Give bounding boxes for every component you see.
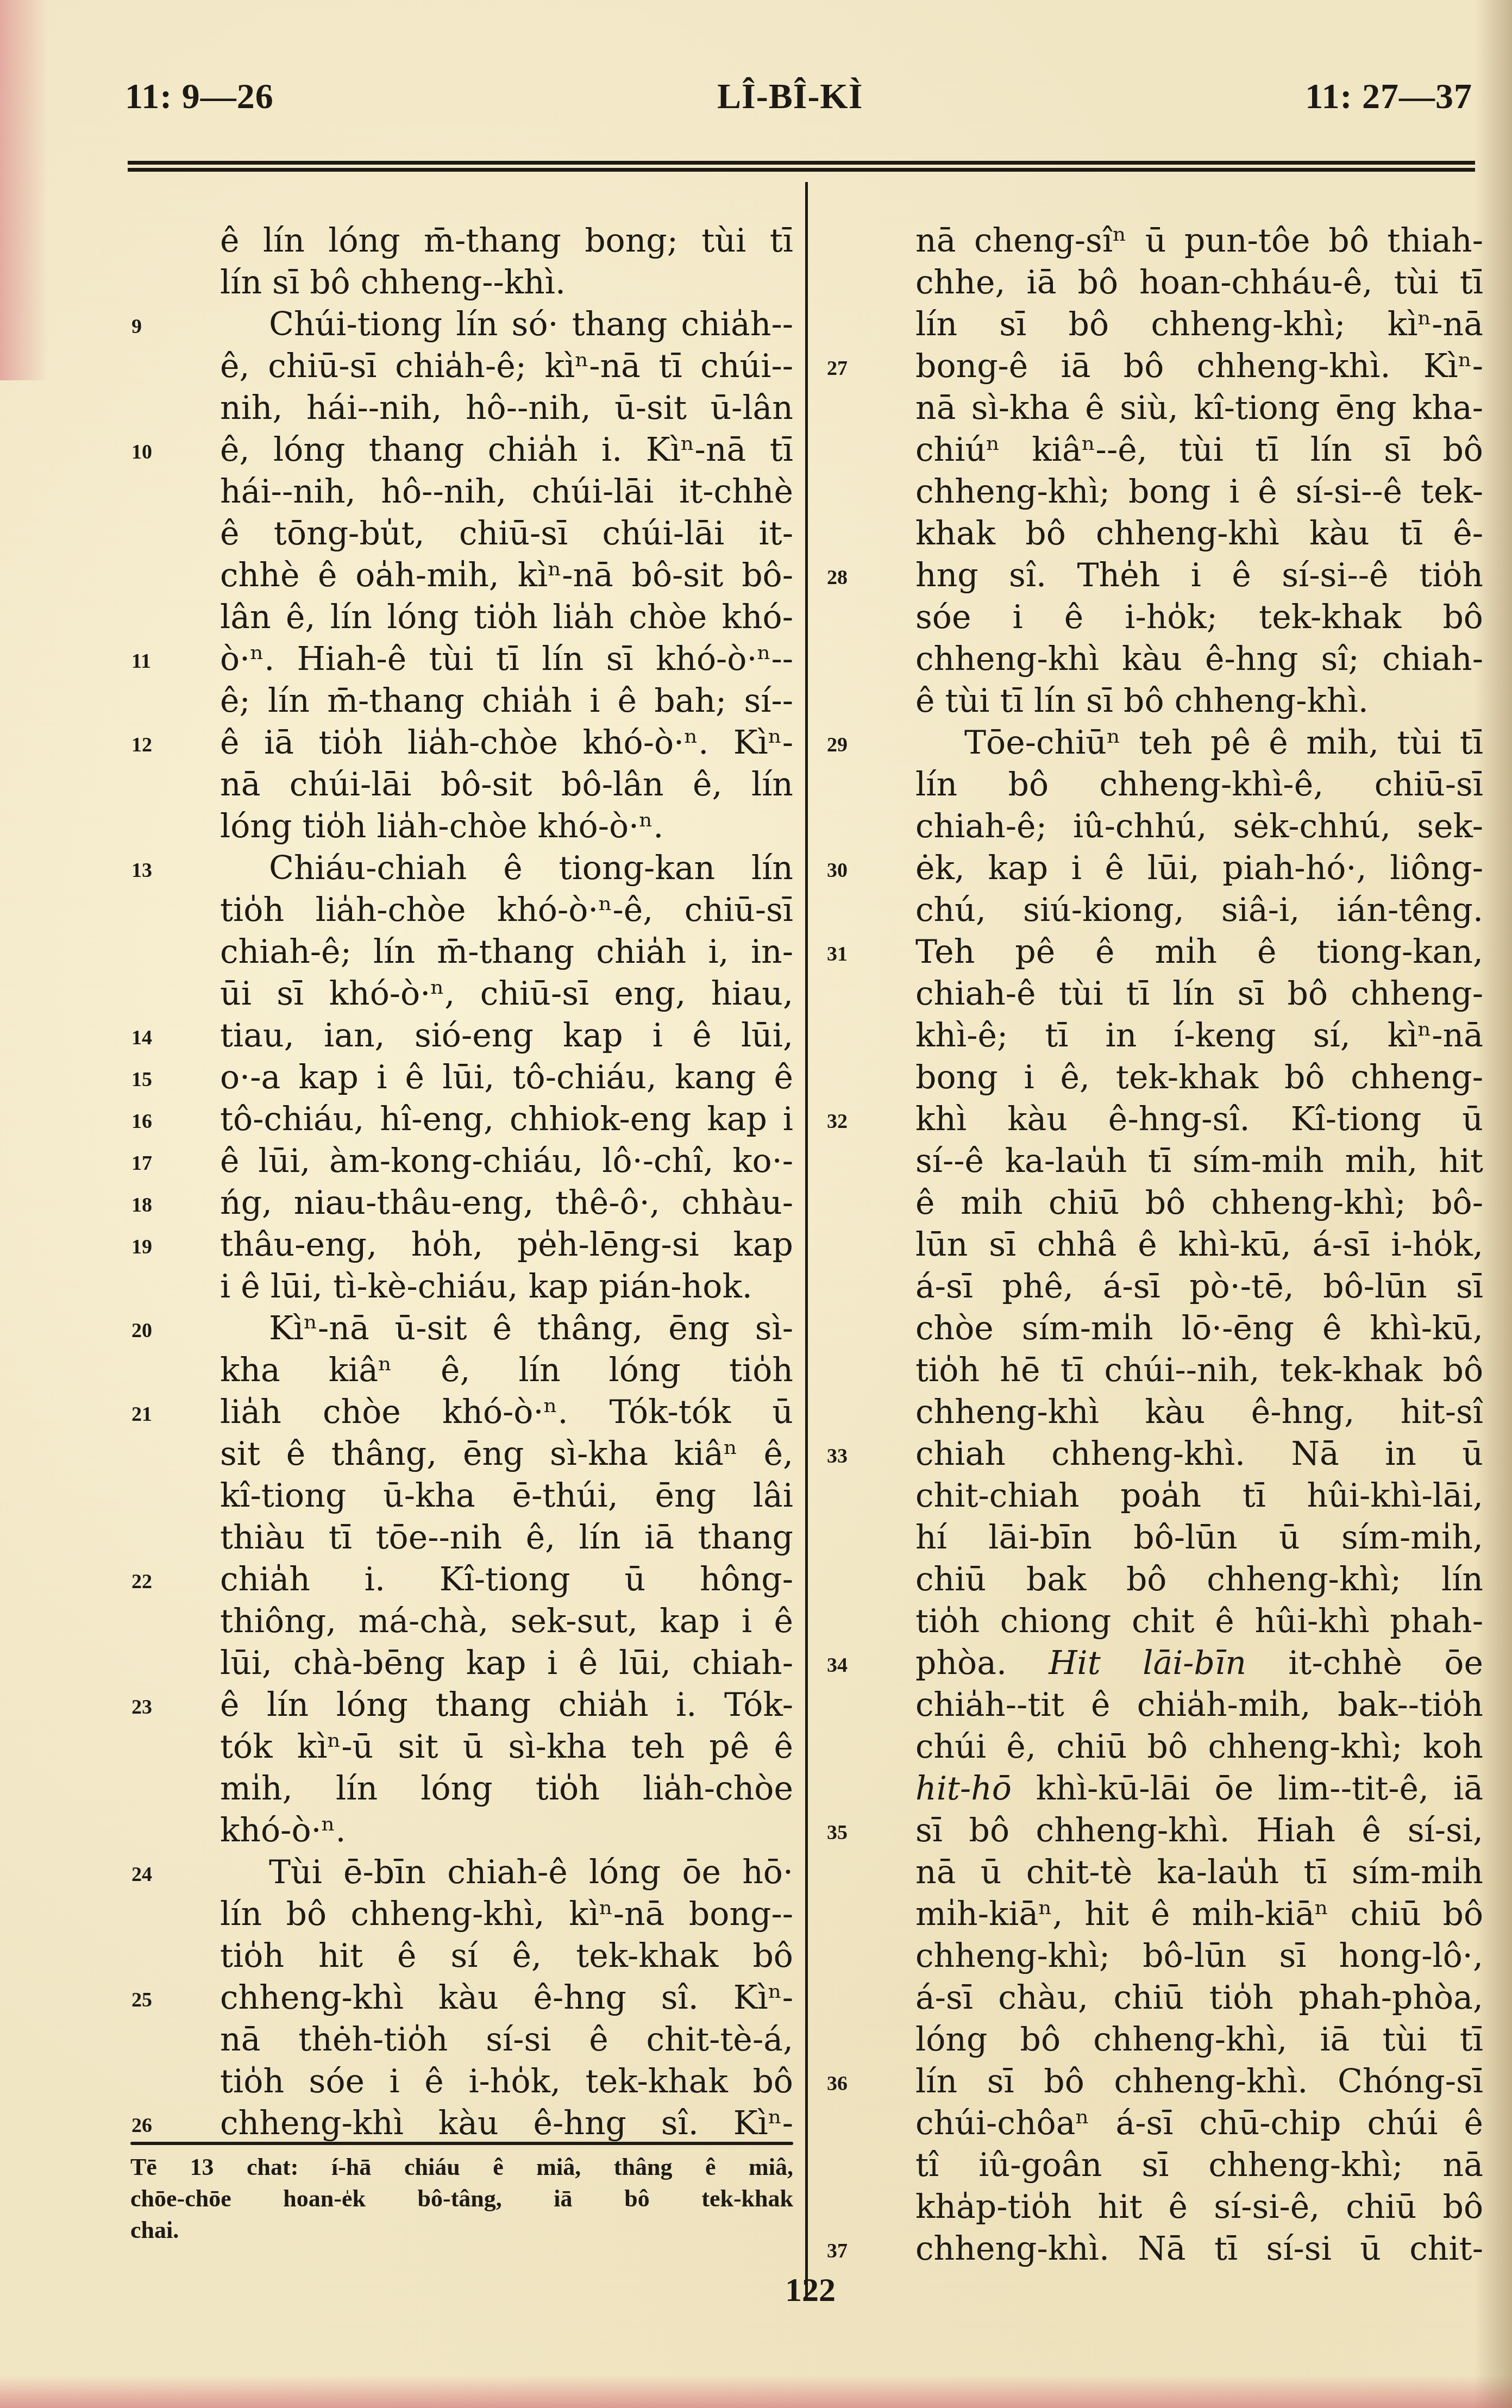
text-line: chheng-khì; bong i ê sí-si--ê tek- xyxy=(820,471,1483,513)
text-line: chiah-ê tùi tī lín sī bô chheng- xyxy=(820,973,1483,1015)
verse-text: ê iā tio̍h lia̍h-chòe khó-ò·ⁿ. Kìⁿ- xyxy=(125,722,793,764)
verse-text: lūn sī chhâ ê khì-kū, á-sī i-ho̍k, xyxy=(820,1224,1483,1266)
text-line: khì-ê; tī in í-keng sí, kìⁿ-nā xyxy=(820,1015,1483,1057)
text-line: á-sī chàu, chiū tio̍h phah-phòa, xyxy=(820,1977,1483,2019)
verse-text: tî iû-goân sī chheng-khì; nā xyxy=(820,2144,1483,2186)
text-line: chúi ê, chiū bô chheng-khì; koh xyxy=(820,1726,1483,1768)
verse-number: 11 xyxy=(131,641,151,682)
verse-text: mi̍h, lín lóng tio̍h lia̍h-chòe xyxy=(125,1768,793,1810)
text-line: 15o·-a kap i ê lūi, tô-chiáu, kang ê xyxy=(125,1057,793,1099)
text-line: 37chheng-khì. Nā tī sí-si ū chit- xyxy=(820,2228,1483,2270)
verse-text: nā thėh-tio̍h sí-si ê chit-tè-á, xyxy=(125,2019,793,2061)
text-line: ê; lín m̄-thang chia̍h i ê bah; sí-- xyxy=(125,680,793,722)
verse-text: lia̍h chòe khó-ò·ⁿ. Tók-tók ū xyxy=(125,1391,793,1433)
text-line: tio̍h chiong chit ê hûi-khì phah- xyxy=(820,1601,1483,1642)
verse-text: chúi-chôaⁿ á-sī chū-chip chúi ê xyxy=(820,2103,1483,2144)
verse-text: chheng-khì kàu ê-hng sî. Kìⁿ- xyxy=(125,1977,793,2019)
text-line: chiúⁿ kiâⁿ--ê, tùi tī lín sī bô xyxy=(820,429,1483,471)
page-edge-stain xyxy=(0,2375,1512,2408)
verse-number: 33 xyxy=(827,1435,848,1477)
verse-text: tô-chiáu, hî-eng, chhiok-eng kap i xyxy=(125,1099,793,1140)
text-line: lūn sī chhâ ê khì-kū, á-sī i-ho̍k, xyxy=(820,1224,1483,1266)
verse-number: 16 xyxy=(131,1101,152,1143)
text-line: lín sī bô chheng--khì. xyxy=(125,262,793,304)
text-line: 14tiau, ian, sió-eng kap i ê lūi, xyxy=(125,1015,793,1057)
text-line: tio̍h lia̍h-chòe khó-ò·ⁿ-ê, chiū-sī xyxy=(125,889,793,931)
footnote-line: Tē 13 chat: í-hā chiáu ê miâ, thâng ê mi… xyxy=(130,2152,793,2183)
book-title: LÎ-BÎ-KÌ xyxy=(717,76,863,117)
verse-text: chia̍h i. Kî-tiong ū hông- xyxy=(125,1559,793,1601)
text-line: chú, siú-kiong, siâ-i, ián-têng. xyxy=(820,889,1483,931)
text-line: 10ê, lóng thang chia̍h i. Kìⁿ-nā tī xyxy=(125,429,793,471)
text-line: chit-chiah poa̍h tī hûi-khì-lāi, xyxy=(820,1475,1483,1517)
verse-text: lân ê, lín lóng tio̍h lia̍h chòe khó- xyxy=(125,597,793,638)
verse-number: 24 xyxy=(131,1854,152,1896)
verse-text: chiah chheng-khì. Nā in ū xyxy=(820,1433,1483,1475)
verse-text: phòa. Hit lāi-bīn it-chhè ōe xyxy=(820,1642,1483,1684)
footnote-rule xyxy=(130,2142,793,2145)
verse-text: lín sī bô chheng--khì. xyxy=(125,262,793,304)
verse-number: 36 xyxy=(827,2063,848,2105)
left-text-column: ê lín lóng m̄-thang bong; tùi tīlín sī b… xyxy=(125,220,793,2144)
text-line: nā cheng-sîⁿ ū pun-tôe bô thiah- xyxy=(820,220,1483,262)
text-line: sóe i ê i-ho̍k; tek-khak bô xyxy=(820,597,1483,638)
verse-text: chheng-khì kàu ê-hng sî; chiah- xyxy=(820,638,1483,680)
text-line: 34phòa. Hit lāi-bīn it-chhè ōe xyxy=(820,1642,1483,1684)
text-line: lín bô chheng-khì-ê, chiū-sī xyxy=(820,764,1483,806)
verse-text: hit-hō khì-kū-lāi ōe lim--tit-ê, iā xyxy=(820,1768,1483,1810)
text-line: 27bong-ê iā bô chheng-khì. Kìⁿ- xyxy=(820,346,1483,387)
text-line: 22chia̍h i. Kî-tiong ū hông- xyxy=(125,1559,793,1601)
verse-text: khó-ò·ⁿ. xyxy=(125,1810,793,1852)
verse-text: chiū bak bô chheng-khì; lín xyxy=(820,1559,1483,1601)
verse-text: sóe i ê i-ho̍k; tek-khak bô xyxy=(820,597,1483,638)
text-line: 17ê lūi, àm-kong-chiáu, lô·-chî, ko·- xyxy=(125,1140,793,1182)
text-line: i ê lūi, tì-kè-chiáu, kap pián-hok. xyxy=(125,1266,793,1308)
text-line: 16tô-chiáu, hî-eng, chhiok-eng kap i xyxy=(125,1099,793,1140)
text-line: 12ê iā tio̍h lia̍h-chòe khó-ò·ⁿ. Kìⁿ- xyxy=(125,722,793,764)
verse-text: hng sî. The̍h i ê sí-si--ê tio̍h xyxy=(820,555,1483,597)
verse-number: 23 xyxy=(131,1686,152,1728)
verse-number: 12 xyxy=(131,724,152,766)
verse-text: Chiáu-chiah ê tiong-kan lín xyxy=(125,848,793,889)
verse-number: 13 xyxy=(131,850,152,892)
text-line: lūi, chà-bēng kap i ê lūi, chiah- xyxy=(125,1642,793,1684)
text-line: chhè ê oa̍h-mi̍h, kìⁿ-nā bô-sit bô- xyxy=(125,555,793,597)
verse-number: 20 xyxy=(131,1310,152,1352)
verse-text: ê; lín m̄-thang chia̍h i ê bah; sí-- xyxy=(125,680,793,722)
text-line: nā sì-kha ê siù, kî-tiong ēng kha- xyxy=(820,387,1483,429)
verse-text: lūi, chà-bēng kap i ê lūi, chiah- xyxy=(125,1642,793,1684)
text-line: lín bô chheng-khì, kìⁿ-nā bong-- xyxy=(125,1893,793,1935)
verse-text: tók kìⁿ-ū sit ū sì-kha teh pê ê xyxy=(125,1726,793,1768)
verse-text: bong i ê, tek-khak bô chheng- xyxy=(820,1057,1483,1099)
text-line: 9Chúi-tiong lín só· thang chia̍h-- xyxy=(125,304,793,346)
verse-text: thâu-eng, ho̍h, pe̍h-lēng-si kap xyxy=(125,1224,793,1266)
verse-text: nā ū chit-tè ka-lau̍h tī sím-mi̍h xyxy=(820,1852,1483,1893)
text-line: 29Tōe-chiūⁿ teh pê ê mi̍h, tùi tī xyxy=(820,722,1483,764)
verse-text: ê lín lóng m̄-thang bong; tùi tī xyxy=(125,220,793,262)
verse-text: chheng-khì kàu ê-hng sî. Kìⁿ- xyxy=(125,2103,793,2144)
text-line: bong i ê, tek-khak bô chheng- xyxy=(820,1057,1483,1099)
verse-text: kha kiâⁿ ê, lín lóng tio̍h xyxy=(125,1350,793,1391)
text-line: khó-ò·ⁿ. xyxy=(125,1810,793,1852)
text-line: 31Teh pê ê mi̍h ê tiong-kan, xyxy=(820,931,1483,973)
verse-text: tio̍h hit ê sí ê, tek-khak bô xyxy=(125,1935,793,1977)
verse-number: 27 xyxy=(827,348,848,390)
text-line: chheng-khì kàu ê-hng sî; chiah- xyxy=(820,638,1483,680)
footnote-line: chai. xyxy=(130,2215,793,2246)
verse-text: sit ê thâng, ēng sì-kha kiâⁿ ê, xyxy=(125,1433,793,1475)
text-line: 33chiah chheng-khì. Nā in ū xyxy=(820,1433,1483,1475)
italic-text: Hit lāi-bīn xyxy=(1049,1644,1246,1682)
verse-text: chhè ê oa̍h-mi̍h, kìⁿ-nā bô-sit bô- xyxy=(125,555,793,597)
verse-number: 17 xyxy=(131,1143,152,1184)
verse-text: Kìⁿ-nā ū-sit ê thâng, ēng sì- xyxy=(125,1308,793,1350)
verse-text: nā cheng-sîⁿ ū pun-tôe bô thiah- xyxy=(820,220,1483,262)
text-line: tio̍h hit ê sí ê, tek-khak bô xyxy=(125,1935,793,1977)
verse-text: nā sì-kha ê siù, kî-tiong ēng kha- xyxy=(820,387,1483,429)
verse-text: hí lāi-bīn bô-lūn ū sím-mi̍h, xyxy=(820,1517,1483,1559)
verse-text: khì kàu ê-hng-sî. Kî-tiong ū xyxy=(820,1099,1483,1140)
text-line: tî iû-goân sī chheng-khì; nā xyxy=(820,2144,1483,2186)
verse-text: chiah-ê; lín m̄-thang chia̍h i, in- xyxy=(125,931,793,973)
verse-number: 10 xyxy=(131,431,152,473)
verse-text: chheng-khì; bong i ê sí-si--ê tek- xyxy=(820,471,1483,513)
text-line: 20Kìⁿ-nā ū-sit ê thâng, ēng sì- xyxy=(125,1308,793,1350)
verse-text: chheng-khì. Nā tī sí-si ū chit- xyxy=(820,2228,1483,2270)
text-line: ê lín lóng m̄-thang bong; tùi tī xyxy=(125,220,793,262)
verse-text: nih, hái--nih, hô--nih, ū-sit ū-lân xyxy=(125,387,793,429)
text-line: tio̍h sóe i ê i-ho̍k, tek-khak bô xyxy=(125,2061,793,2103)
text-line: 23ê lín lóng thang chia̍h i. Tók- xyxy=(125,1684,793,1726)
verse-text: tio̍h hē tī chúi--nih, tek-khak bô xyxy=(820,1350,1483,1391)
verse-text: bong-ê iā bô chheng-khì. Kìⁿ- xyxy=(820,346,1483,387)
text-line: mi̍h, lín lóng tio̍h lia̍h-chòe xyxy=(125,1768,793,1810)
verse-number: 18 xyxy=(131,1184,152,1226)
verse-text: chiah-ê tùi tī lín sī bô chheng- xyxy=(820,973,1483,1015)
column-divider xyxy=(805,182,808,2301)
verse-text: hái--nih, hô--nih, chúi-lāi it-chhè xyxy=(125,471,793,513)
verse-text: lín sī bô chheng-khì; kìⁿ-nā xyxy=(820,304,1483,346)
text-line: kha̍p-tio̍h hit ê sí-si-ê, chiū bô xyxy=(820,2186,1483,2228)
text-line: 11ò·ⁿ. Hiah-ê tùi tī lín sī khó-ò·ⁿ-- xyxy=(125,638,793,680)
text-line: 30ėk, kap i ê lūi, piah-hó·, liông- xyxy=(820,848,1483,889)
verse-number: 15 xyxy=(131,1059,152,1101)
verse-text: Tōe-chiūⁿ teh pê ê mi̍h, tùi tī xyxy=(820,722,1483,764)
verse-text: mi̍h-kiāⁿ, hit ê mi̍h-kiāⁿ chiū bô xyxy=(820,1893,1483,1935)
verse-number: 31 xyxy=(827,933,848,975)
text-line: chiah-ê; iû-chhú, sėk-chhú, sek- xyxy=(820,806,1483,848)
verse-text: chheng-khì kàu ê-hng, hit-sî xyxy=(820,1391,1483,1433)
running-header: 11: 9—26 LÎ-BÎ-KÌ 11: 27—37 xyxy=(125,76,1472,125)
verse-text: chòe sím-mi̍h lō·-ēng ê khì-kū, xyxy=(820,1308,1483,1350)
verse-text: chúi ê, chiū bô chheng-khì; koh xyxy=(820,1726,1483,1768)
text-line: 36lín sī bô chheng-khì. Chóng-sī xyxy=(820,2061,1483,2103)
text-line: 28hng sî. The̍h i ê sí-si--ê tio̍h xyxy=(820,555,1483,597)
verse-number: 25 xyxy=(131,1979,152,2021)
verse-text: tio̍h sóe i ê i-ho̍k, tek-khak bô xyxy=(125,2061,793,2103)
verse-text: ê mi̍h chiū bô chheng-khì; bô- xyxy=(820,1182,1483,1224)
verse-text: ê tōng-bu̍t, chiū-sī chúi-lāi it- xyxy=(125,513,793,555)
text-line: hái--nih, hô--nih, chúi-lāi it-chhè xyxy=(125,471,793,513)
text-line: chòe sím-mi̍h lō·-ēng ê khì-kū, xyxy=(820,1308,1483,1350)
verse-text: ò·ⁿ. Hiah-ê tùi tī lín sī khó-ò·ⁿ-- xyxy=(125,638,793,680)
verse-number: 26 xyxy=(131,2105,152,2147)
verse-text: chiah-ê; iû-chhú, sėk-chhú, sek- xyxy=(820,806,1483,848)
text-line: 35sī bô chheng-khì. Hiah ê sí-si, xyxy=(820,1810,1483,1852)
text-line: ūi sī khó-ò·ⁿ, chiū-sī eng, hiau, xyxy=(125,973,793,1015)
verse-text: lín sī bô chheng-khì. Chóng-sī xyxy=(820,2061,1483,2103)
verse-text: chiúⁿ kiâⁿ--ê, tùi tī lín sī bô xyxy=(820,429,1483,471)
verse-number: 9 xyxy=(131,306,142,348)
text-line: ê tùi tī lín sī bô chheng-khì. xyxy=(820,680,1483,722)
text-line: hit-hō khì-kū-lāi ōe lim--tit-ê, iā xyxy=(820,1768,1483,1810)
text-line: chheng-khì; bô-lūn sī hong-lô·, xyxy=(820,1935,1483,1977)
text-line: chhe, iā bô hoan-chháu-ê, tùi tī xyxy=(820,262,1483,304)
text-line: mi̍h-kiāⁿ, hit ê mi̍h-kiāⁿ chiū bô xyxy=(820,1893,1483,1935)
footnote-line: chōe-chōe hoan-e̍k bô-tâng, iā bô tek-kh… xyxy=(130,2183,793,2215)
header-double-rule xyxy=(128,161,1475,172)
verse-text: á-sī chàu, chiū tio̍h phah-phòa, xyxy=(820,1977,1483,2019)
verse-text: ńg, niau-thâu-eng, thê-ô·, chhàu- xyxy=(125,1182,793,1224)
page-number: 122 xyxy=(785,2271,836,2310)
right-text-column: nā cheng-sîⁿ ū pun-tôe bô thiah-chhe, iā… xyxy=(820,220,1483,2270)
text-line: chia̍h--tit ê chia̍h-mi̍h, bak--tio̍h xyxy=(820,1684,1483,1726)
verse-text: ūi sī khó-ò·ⁿ, chiū-sī eng, hiau, xyxy=(125,973,793,1015)
verse-text: lín bô chheng-khì, kìⁿ-nā bong-- xyxy=(125,1893,793,1935)
page-stain xyxy=(0,0,49,380)
verse-text: lóng tio̍h lia̍h-chòe khó-ò·ⁿ. xyxy=(125,806,793,848)
verse-text: ėk, kap i ê lūi, piah-hó·, liông- xyxy=(820,848,1483,889)
verse-text: tiau, ian, sió-eng kap i ê lūi, xyxy=(125,1015,793,1057)
text-line: lân ê, lín lóng tio̍h lia̍h chòe khó- xyxy=(125,597,793,638)
verse-text: thiông, má-chà, sek-sut, kap i ê xyxy=(125,1601,793,1642)
text-line: chúi-chôaⁿ á-sī chū-chip chúi ê xyxy=(820,2103,1483,2144)
text-line: chiah-ê; lín m̄-thang chia̍h i, in- xyxy=(125,931,793,973)
verse-text: tio̍h lia̍h-chòe khó-ò·ⁿ-ê, chiū-sī xyxy=(125,889,793,931)
verse-number: 32 xyxy=(827,1101,848,1143)
verse-number: 22 xyxy=(131,1561,152,1603)
text-line: lóng bô chheng-khì, iā tùi tī xyxy=(820,2019,1483,2061)
verse-text: ê, lóng thang chia̍h i. Kìⁿ-nā tī xyxy=(125,429,793,471)
verse-text: lín bô chheng-khì-ê, chiū-sī xyxy=(820,764,1483,806)
text-line: ê, chiū-sī chia̍h-ê; kìⁿ-nā tī chúi-- xyxy=(125,346,793,387)
verse-text: ê, chiū-sī chia̍h-ê; kìⁿ-nā tī chúi-- xyxy=(125,346,793,387)
verse-text: kî-tiong ū-kha ē-thúi, ēng lâi xyxy=(125,1475,793,1517)
verse-text: khì-ê; tī in í-keng sí, kìⁿ-nā xyxy=(820,1015,1483,1057)
text-line: 26chheng-khì kàu ê-hng sî. Kìⁿ- xyxy=(125,2103,793,2144)
verse-text: tio̍h chiong chit ê hûi-khì phah- xyxy=(820,1601,1483,1642)
text-line: 32khì kàu ê-hng-sî. Kî-tiong ū xyxy=(820,1099,1483,1140)
chapter-verse-range-left: 11: 9—26 xyxy=(125,76,274,117)
text-line: kî-tiong ū-kha ē-thúi, ēng lâi xyxy=(125,1475,793,1517)
verse-text: chú, siú-kiong, siâ-i, ián-têng. xyxy=(820,889,1483,931)
text-line: nā thėh-tio̍h sí-si ê chit-tè-á, xyxy=(125,2019,793,2061)
text-line: thiông, má-chà, sek-sut, kap i ê xyxy=(125,1601,793,1642)
verse-text: o·-a kap i ê lūi, tô-chiáu, kang ê xyxy=(125,1057,793,1099)
text-line: 25chheng-khì kàu ê-hng sî. Kìⁿ- xyxy=(125,1977,793,2019)
verse-number: 19 xyxy=(131,1226,152,1268)
text-line: kha kiâⁿ ê, lín lóng tio̍h xyxy=(125,1350,793,1391)
text-line: nih, hái--nih, hô--nih, ū-sit ū-lân xyxy=(125,387,793,429)
text-line: nā ū chit-tè ka-lau̍h tī sím-mi̍h xyxy=(820,1852,1483,1893)
verse-text: Chúi-tiong lín só· thang chia̍h-- xyxy=(125,304,793,346)
italic-text: hit-hō xyxy=(915,1770,1012,1808)
text-line: á-sī phê, á-sī pò·-tē, bô-lūn sī xyxy=(820,1266,1483,1308)
text-line: 24Tùi ē-bīn chiah-ê lóng ōe hō· xyxy=(125,1852,793,1893)
text-line: nā chúi-lāi bô-sit bô-lân ê, lín xyxy=(125,764,793,806)
verse-text: ê lūi, àm-kong-chiáu, lô·-chî, ko·- xyxy=(125,1140,793,1182)
verse-number: 34 xyxy=(827,1645,848,1686)
verse-number: 29 xyxy=(827,724,848,766)
verse-text: thiàu tī tōe--nih ê, lín iā thang xyxy=(125,1517,793,1559)
text-line: 13Chiáu-chiah ê tiong-kan lín xyxy=(125,848,793,889)
verse-number: 28 xyxy=(827,557,848,599)
verse-text: ê tùi tī lín sī bô chheng-khì. xyxy=(820,680,1483,722)
chapter-verse-range-right: 11: 27—37 xyxy=(1305,76,1472,117)
verse-number: 37 xyxy=(827,2230,848,2272)
verse-text: chia̍h--tit ê chia̍h-mi̍h, bak--tio̍h xyxy=(820,1684,1483,1726)
text-line: tók kìⁿ-ū sit ū sì-kha teh pê ê xyxy=(125,1726,793,1768)
verse-number: 30 xyxy=(827,850,848,892)
text-line: sit ê thâng, ēng sì-kha kiâⁿ ê, xyxy=(125,1433,793,1475)
verse-text: i ê lūi, tì-kè-chiáu, kap pián-hok. xyxy=(125,1266,793,1308)
verse-text: ê lín lóng thang chia̍h i. Tók- xyxy=(125,1684,793,1726)
text-line: tio̍h hē tī chúi--nih, tek-khak bô xyxy=(820,1350,1483,1391)
verse-text: khak bô chheng-khì kàu tī ê- xyxy=(820,513,1483,555)
text-line: lóng tio̍h lia̍h-chòe khó-ò·ⁿ. xyxy=(125,806,793,848)
text-line: chiū bak bô chheng-khì; lín xyxy=(820,1559,1483,1601)
verse-text: sí--ê ka-lau̍h tī sím-mi̍h mi̍h, hit xyxy=(820,1140,1483,1182)
text-line: sí--ê ka-lau̍h tī sím-mi̍h mi̍h, hit xyxy=(820,1140,1483,1182)
text-line: 18ńg, niau-thâu-eng, thê-ô·, chhàu- xyxy=(125,1182,793,1224)
text-line: khak bô chheng-khì kàu tī ê- xyxy=(820,513,1483,555)
verse-text: chheng-khì; bô-lūn sī hong-lô·, xyxy=(820,1935,1483,1977)
verse-number: 35 xyxy=(827,1812,848,1854)
footnote: Tē 13 chat: í-hā chiáu ê miâ, thâng ê mi… xyxy=(130,2152,793,2246)
verse-text: lóng bô chheng-khì, iā tùi tī xyxy=(820,2019,1483,2061)
text-line: ê mi̍h chiū bô chheng-khì; bô- xyxy=(820,1182,1483,1224)
verse-number: 21 xyxy=(131,1394,152,1435)
verse-text: kha̍p-tio̍h hit ê sí-si-ê, chiū bô xyxy=(820,2186,1483,2228)
verse-number: 14 xyxy=(131,1017,152,1059)
text-line: hí lāi-bīn bô-lūn ū sím-mi̍h, xyxy=(820,1517,1483,1559)
verse-text: nā chúi-lāi bô-sit bô-lân ê, lín xyxy=(125,764,793,806)
text-line: lín sī bô chheng-khì; kìⁿ-nā xyxy=(820,304,1483,346)
verse-text: chit-chiah poa̍h tī hûi-khì-lāi, xyxy=(820,1475,1483,1517)
verse-text: á-sī phê, á-sī pò·-tē, bô-lūn sī xyxy=(820,1266,1483,1308)
verse-text: chhe, iā bô hoan-chháu-ê, tùi tī xyxy=(820,262,1483,304)
text-line: ê tōng-bu̍t, chiū-sī chúi-lāi it- xyxy=(125,513,793,555)
verse-text: Teh pê ê mi̍h ê tiong-kan, xyxy=(820,931,1483,973)
verse-text: Tùi ē-bīn chiah-ê lóng ōe hō· xyxy=(125,1852,793,1893)
text-line: thiàu tī tōe--nih ê, lín iā thang xyxy=(125,1517,793,1559)
text-line: 19thâu-eng, ho̍h, pe̍h-lēng-si kap xyxy=(125,1224,793,1266)
text-line: chheng-khì kàu ê-hng, hit-sî xyxy=(820,1391,1483,1433)
verse-text: sī bô chheng-khì. Hiah ê sí-si, xyxy=(820,1810,1483,1852)
text-line: 21lia̍h chòe khó-ò·ⁿ. Tók-tók ū xyxy=(125,1391,793,1433)
